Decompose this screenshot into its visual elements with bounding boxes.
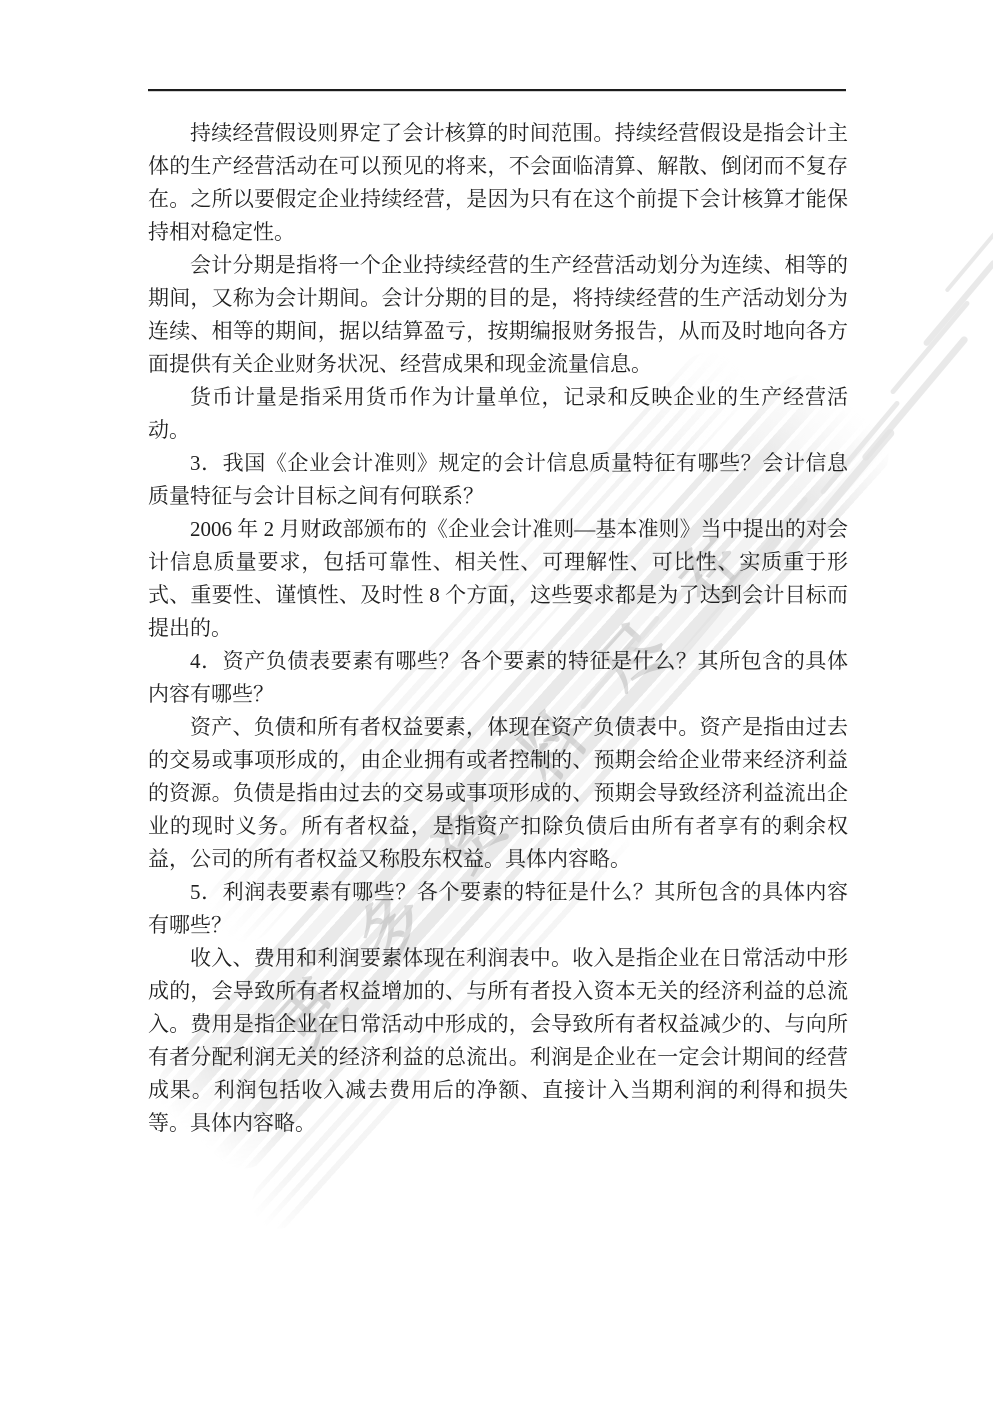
watermark-streak	[922, 259, 993, 347]
question-paragraph: 3．我国《企业会计准则》规定的会计信息质量特征有哪些？会计信息质量特征与会计目标…	[148, 447, 848, 513]
watermark-streak	[945, 221, 993, 293]
question-paragraph: 5．利润表要素有哪些？各个要素的特征是什么？其所包含的具体内容有哪些？	[148, 876, 848, 942]
body-paragraph: 资产、负债和所有者权益要素，体现在资产负债表中。资产是指由过去的交易或事项形成的…	[148, 711, 848, 876]
document-body: 持续经营假设则界定了会计核算的时间范围。持续经营假设是指会计主体的生产经营活动在…	[148, 117, 848, 1140]
header-rule	[148, 89, 846, 91]
watermark-streak	[890, 300, 971, 395]
question-paragraph: 4．资产负债表要素有哪些？各个要素的特征是什么？其所包含的具体内容有哪些？	[148, 645, 848, 711]
body-paragraph: 持续经营假设则界定了会计核算的时间范围。持续经营假设是指会计主体的生产经营活动在…	[148, 117, 848, 249]
body-paragraph: 货币计量是指采用货币作为计量单位，记录和反映企业的生产经营活动。	[148, 381, 848, 447]
body-paragraph: 会计分期是指将一个企业持续经营的生产经营活动划分为连续、相等的期间，又称为会计期…	[148, 249, 848, 381]
watermark-streak	[861, 335, 969, 462]
body-paragraph: 收入、费用和利润要素体现在利润表中。收入是指企业在日常活动中形成的，会导致所有者…	[148, 942, 848, 1140]
body-paragraph: 2006 年 2 月财政部颁布的《企业会计准则—基本准则》当中提出的对会计信息质…	[148, 513, 848, 645]
document-page: 更多资料尽在 持续经营假设则界定了会计核算的时间范围。持续经营假设是指会计主体的…	[0, 0, 993, 1404]
